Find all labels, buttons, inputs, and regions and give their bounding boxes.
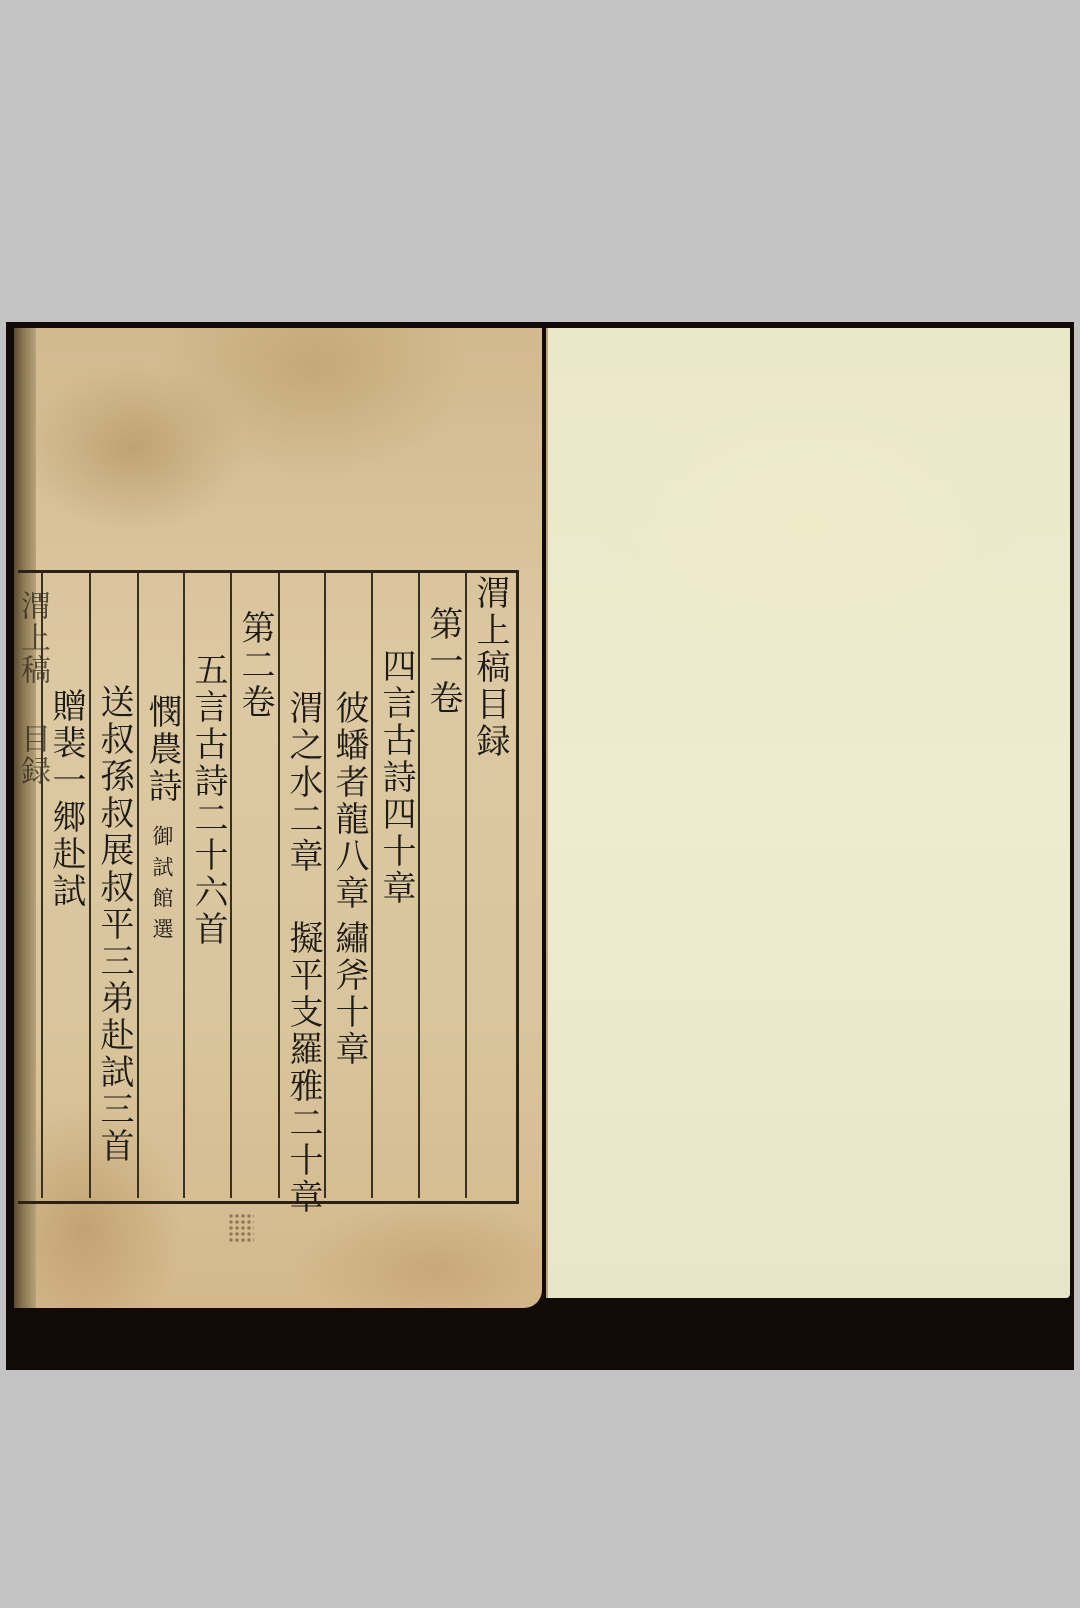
toc-entry: 送叔孫叔展叔平三弟赴試三首 — [91, 684, 137, 1165]
right-page-blank — [546, 328, 1070, 1298]
perforation-mark — [228, 1213, 254, 1243]
toc-entry: 憫農詩 — [139, 694, 185, 805]
page-title: 渭上稿目録 — [467, 575, 513, 760]
toc-entry: 擬平支羅雅二十章 — [280, 920, 326, 1216]
toc-annotation: 御試館選 — [147, 825, 177, 949]
section-four-character-poems: 四言古詩四十章 — [373, 648, 419, 907]
toc-entry: 繡斧十章 — [326, 920, 372, 1068]
volume-2-heading: 第二卷 — [232, 610, 278, 721]
toc-entry: 彼蟠者龍八章 — [326, 690, 372, 912]
toc-entry: 渭之水二章 — [280, 690, 326, 875]
toc-entry: 贈裴一郷赴試 — [43, 688, 89, 910]
volume-1-heading: 第一卷 — [420, 606, 466, 717]
column-rule — [137, 573, 139, 1198]
section-five-character-poems: 五言古詩二十六首 — [185, 652, 231, 948]
